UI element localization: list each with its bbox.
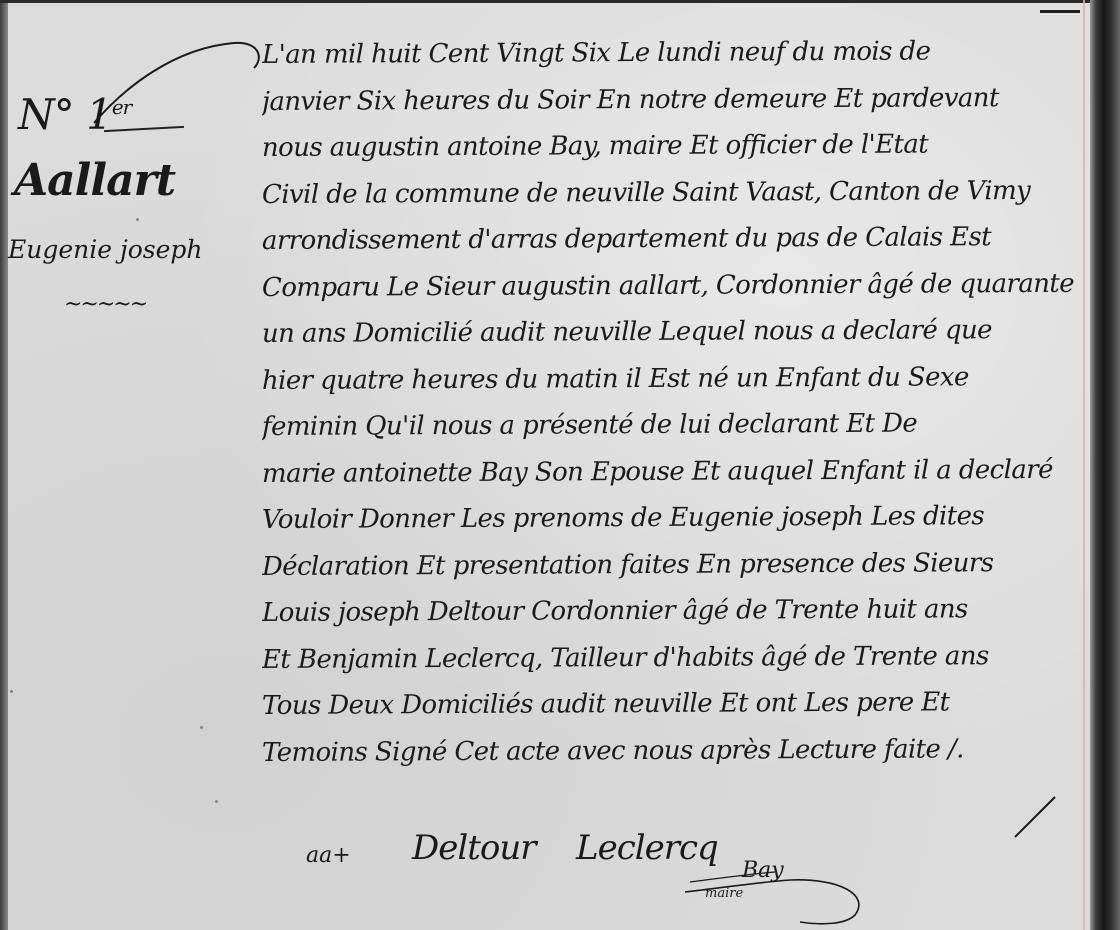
paper-speck xyxy=(136,218,139,221)
body-line-text: feminin Qu'il nous a présenté de lui dec… xyxy=(262,401,917,450)
body-line-text: Comparu Le Sieur augustin aallart, Cordo… xyxy=(262,260,1074,310)
body-line-1: L'an mil huit Cent Vingt Six Le lundi ne… xyxy=(262,28,1082,79)
body-line-text: marie antoinette Bay Son Epouse Et auque… xyxy=(262,446,1053,496)
body-line-text: Louis joseph Deltour Cordonnier âgé de T… xyxy=(262,586,968,636)
mayor-title: maire xyxy=(705,886,743,901)
body-line-text: un ans Domicilié audit neuville Lequel n… xyxy=(262,307,992,357)
body-line-14: Et Benjamin Leclercq, Tailleur d'habits … xyxy=(262,632,1082,683)
father-mark-signature: aa+ xyxy=(306,843,351,868)
paper-speck xyxy=(200,726,203,729)
body-line-text: Civil de la commune de neuville Saint Va… xyxy=(262,167,1030,217)
body-line-text: hier quatre heures du matin il Est né un… xyxy=(262,354,969,404)
body-line-text: Déclaration Et presentation faites En pr… xyxy=(262,540,994,590)
body-line-text: nous augustin antoine Bay, maire Et offi… xyxy=(262,122,928,171)
body-line-6: Comparu Le Sieur augustin aallart, Cordo… xyxy=(262,260,1082,311)
body-line-2: janvier Six heures du Soir En notre deme… xyxy=(262,74,1082,125)
body-line-text: Temoins Signé Cet acte avec nous après L… xyxy=(262,726,964,776)
left-binding-edge xyxy=(0,0,8,930)
body-line-15: Tous Deux Domiciliés audit neuville Et o… xyxy=(262,679,1082,730)
body-line-7: un ans Domicilié audit neuville Lequel n… xyxy=(262,307,1082,358)
paper-speck xyxy=(752,873,755,876)
body-line-text: L'an mil huit Cent Vingt Six Le lundi ne… xyxy=(262,29,931,78)
body-line-text: Vouloir Donner Les prenoms de Eugenie jo… xyxy=(262,493,984,543)
body-line-11: Vouloir Donner Les prenoms de Eugenie jo… xyxy=(262,493,1082,544)
body-line-text: Et Benjamin Leclercq, Tailleur d'habits … xyxy=(262,633,989,683)
body-line-9: feminin Qu'il nous a présenté de lui dec… xyxy=(262,400,1082,451)
body-line-8: hier quatre heures du matin il Est né un… xyxy=(262,353,1082,404)
record-body: L'an mil huit Cent Vingt Six Le lundi ne… xyxy=(262,32,1082,776)
paper-speck xyxy=(300,710,303,713)
margin-squiggle: ~~~~~ xyxy=(64,292,146,317)
closing-slash-icon xyxy=(1000,792,1060,842)
body-line-text: arrondissement d'arras departement du pa… xyxy=(262,214,991,264)
witness-1-signature: Deltour xyxy=(412,828,536,868)
mayor-signature: Bay xyxy=(742,858,784,883)
body-line-3: nous augustin antoine Bay, maire Et offi… xyxy=(262,121,1082,172)
margin-rule-line xyxy=(1083,0,1085,930)
entry-number-text: N° 1 xyxy=(18,90,112,139)
top-rule-accent xyxy=(1040,10,1080,13)
entry-number-suffix: er xyxy=(112,95,131,119)
body-line-text: janvier Six heures du Soir En notre deme… xyxy=(262,75,999,125)
paper-speck xyxy=(10,690,13,693)
document-page: N° 1er Aallart Eugenie joseph ~~~~~ L'an… xyxy=(0,0,1120,930)
entry-number: N° 1er xyxy=(18,90,131,139)
child-given-names: Eugenie joseph xyxy=(8,235,203,264)
top-rule-line xyxy=(0,0,1100,3)
witness-2-signature: Leclercq xyxy=(576,828,718,868)
body-line-10: marie antoinette Bay Son Epouse Et auque… xyxy=(262,446,1082,497)
right-binding-spine xyxy=(1090,0,1120,930)
body-line-5: arrondissement d'arras departement du pa… xyxy=(262,214,1082,265)
body-line-12: Déclaration Et presentation faites En pr… xyxy=(262,539,1082,590)
body-line-4: Civil de la commune de neuville Saint Va… xyxy=(262,167,1082,218)
child-surname: Aallart xyxy=(14,155,175,206)
body-line-16: Temoins Signé Cet acte avec nous après L… xyxy=(262,725,1082,776)
body-line-text: Tous Deux Domiciliés audit neuville Et o… xyxy=(262,679,950,729)
paper-speck xyxy=(215,800,218,803)
body-line-13: Louis joseph Deltour Cordonnier âgé de T… xyxy=(262,586,1082,637)
